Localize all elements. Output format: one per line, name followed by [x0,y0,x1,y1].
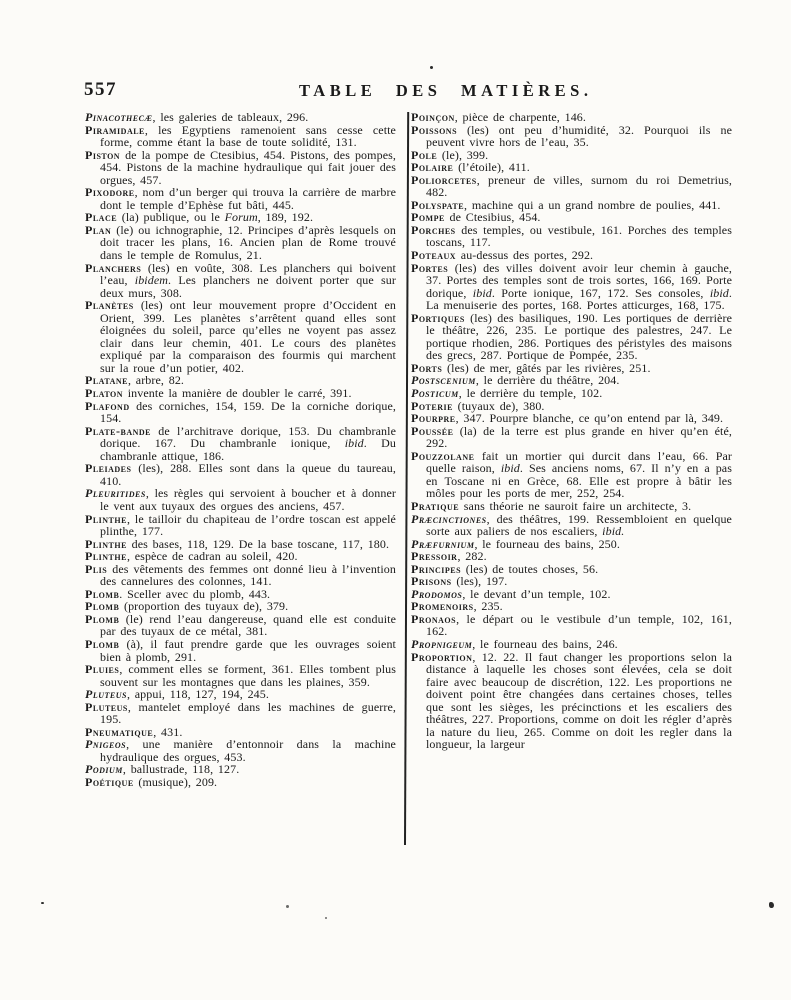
index-entry: Præcinctiones, des théâtres, 199. Ressem… [411,513,732,538]
ink-speck [41,902,44,904]
index-entry: Plan (le) ou ichnographie, 12. Principes… [85,224,396,262]
entry-term: Pronaos [411,612,456,626]
latin-reference: ibid [473,286,492,300]
entry-term: Poissons [411,123,457,137]
index-entry: Plate-bande de l’architrave dorique, 153… [85,425,396,463]
entry-term: Plomb [85,612,119,626]
index-entry: Pixodore, nom d’un berger qui trouva la … [85,186,396,211]
ink-speck [430,66,433,69]
index-entry: Pnigeos, une manière d’entonnoir dans la… [85,738,396,763]
entry-term: Portiques [411,311,465,325]
index-entry: Porches des temples, ou vestibule, 161. … [411,224,732,249]
entry-term: Pleiades [85,461,131,475]
entry-term: Plan [85,223,111,237]
entry-term: Piramidale [85,123,145,137]
entry-term: Piston [85,148,120,162]
latin-reference: ibid [345,436,364,450]
index-entry: Poliorcetes, preneur de villes, surnom d… [411,174,732,199]
entry-term: Plinthe [85,512,127,526]
entry-term: Planchers [85,261,141,275]
entry-term: Poussée [411,424,453,438]
index-entry: Plafond des corniches, 154, 159. De la c… [85,400,396,425]
entry-term: Proportion [411,650,472,664]
index-entry: Pouzzolane fait un mortier qui durcit da… [411,450,732,500]
entry-term: Pouzzolane [411,449,474,463]
index-entry: Portes (les) des villes doivent avoir le… [411,262,732,312]
entry-term: Pluteus [85,700,128,714]
index-entry: Poussée (la) de la terre est plus grande… [411,425,732,450]
entry-term: Pluies [85,662,119,676]
index-entry: Pluteus, mantelet employé dans les machi… [85,701,396,726]
index-entry: Plinthe, espèce de cadran au soleil, 420… [85,550,396,563]
ink-speck [286,905,289,908]
index-entry: Plomb (le) rend l’eau dangereuse, quand … [85,613,396,638]
entry-term: Poétique [85,775,134,789]
index-entry: Poissons (les) ont peu d’humidité, 32. P… [411,124,732,149]
entry-term: Pleuritides [85,486,146,500]
index-entry: Pluies, comment elles se forment, 361. E… [85,663,396,688]
index-entry: Plomb (à), il faut prendre garde que les… [85,638,396,663]
index-entry: Platon invente la manière de doubler le … [85,387,396,400]
entry-term: Porches [411,223,456,237]
scanned-book-page: 557 TABLE DES MATIÈRES. Pinacothecæ, les… [0,0,791,1000]
index-entry: Promenoirs, 235. [411,600,732,613]
index-entry: Portiques (les) des basiliques, 190. Les… [411,312,732,362]
index-entry: Planètes (les) ont leur mouvement propre… [85,299,396,374]
index-entry: Piramidale, les Egyptiens ramenoient san… [85,124,396,149]
latin-reference: ibid [710,286,729,300]
index-entry: Plis des vêtements des femmes ont donné … [85,563,396,588]
entry-term: Pixodore [85,185,135,199]
entry-term: Plate-bande [85,424,151,438]
ink-speck [325,917,327,919]
entry-term: Præcinctiones [411,512,487,526]
index-entry: Poétique (musique), 209. [85,776,396,789]
index-entry: Poteaux au-dessus des portes, 292. [411,249,732,262]
index-entry: Proportion, 12. 22. Il faut changer les … [411,651,732,751]
index-entry: Plomb (proportion des tuyaux de), 379. [85,600,396,613]
entry-term: Pnigeos [85,737,126,751]
ink-speck [769,902,774,908]
index-entry: Plinthe, le tailloir du chapiteau de l’o… [85,513,396,538]
entry-term: Poliorcetes [411,173,477,187]
index-entry: Pleuritides, les règles qui servoient à … [85,487,396,512]
entry-term: Plafond [85,399,130,413]
index-column-right: Poinçon, pièce de charpente, 146.Poisson… [411,111,732,751]
entry-term: Planètes [85,298,134,312]
entry-term: Plomb [85,637,119,651]
index-entry: Pronaos, le départ ou le vestibule d’un … [411,613,732,638]
page-number: 557 [84,79,117,101]
index-entry: Planchers (les) en voûte, 308. Les planc… [85,262,396,300]
latin-reference: ibidem [135,273,168,287]
index-entry: Poinçon, pièce de charpente, 146. [411,111,732,124]
page-title: TABLE DES MATIÈRES. [299,81,592,101]
entry-term: Portes [411,261,448,275]
index-entry: Piston de la pompe de Ctesibius, 454. Pi… [85,149,396,187]
column-divider-rule [404,112,409,845]
index-entry: Pluteus, appui, 118, 127, 194, 245. [85,688,396,701]
entry-term: Plis [85,562,107,576]
latin-reference: ibid [501,461,520,475]
index-entry: Pourpre, 347. Pourpre blanche, ce qu’on … [411,412,732,425]
index-entry: Pleiades (les), 288. Elles sont dans la … [85,462,396,487]
index-entry: Posticum, le derrière du temple, 102. [411,387,732,400]
index-column-left: Pinacothecæ, les galeries de tableaux, 2… [85,111,396,789]
latin-reference: ibid. [602,524,624,538]
